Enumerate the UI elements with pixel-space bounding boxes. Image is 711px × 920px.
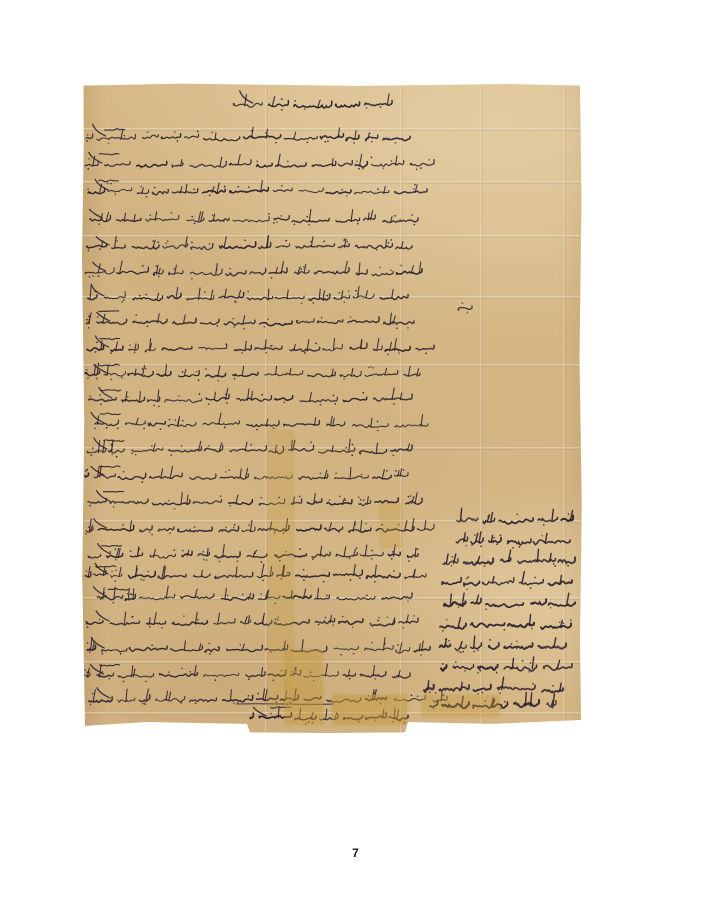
document-page: 7 — [0, 0, 711, 920]
manuscript-scan — [82, 83, 582, 733]
page-number: 7 — [0, 846, 711, 860]
manuscript-handwriting — [82, 83, 582, 733]
